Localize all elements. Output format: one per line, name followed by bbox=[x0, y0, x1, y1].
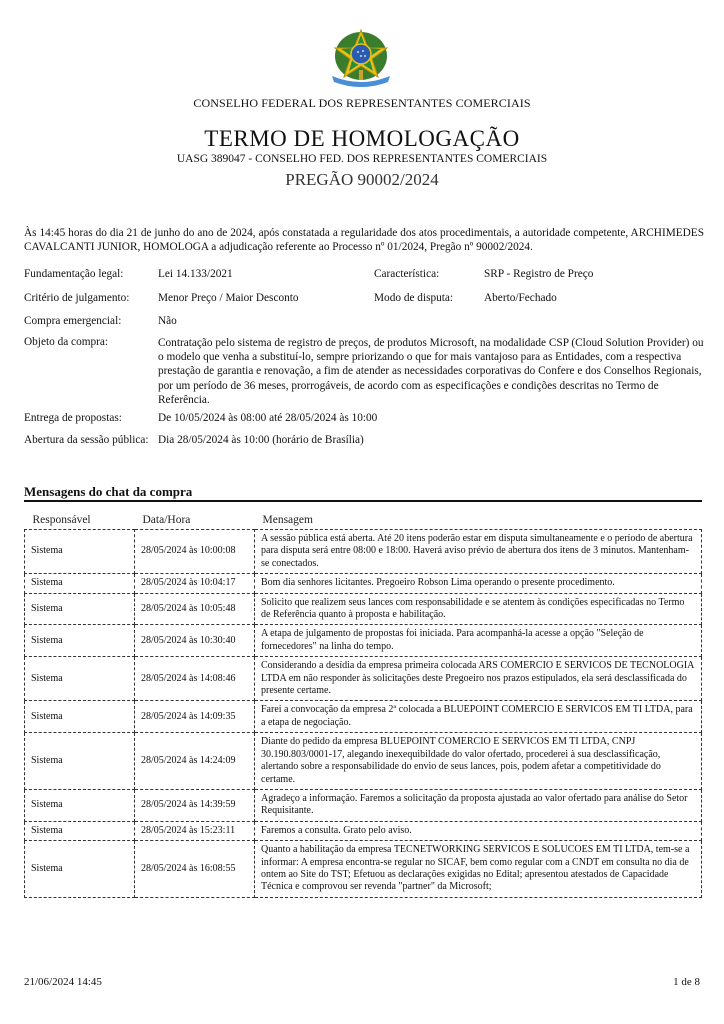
criterio-label: Critério de julgamento: bbox=[24, 292, 129, 304]
cell-mensagem: Faremos a consulta. Grato pelo aviso. bbox=[255, 821, 702, 840]
cell-responsavel: Sistema bbox=[25, 530, 135, 574]
chat-messages-table: Responsável Data/Hora Mensagem Sistema28… bbox=[24, 514, 702, 898]
cell-data-hora: 28/05/2024 às 14:24:09 bbox=[135, 733, 255, 790]
cell-responsavel: Sistema bbox=[25, 574, 135, 593]
criterio-value: Menor Preço / Maior Desconto bbox=[158, 292, 299, 304]
cell-responsavel: Sistema bbox=[25, 657, 135, 701]
cell-data-hora: 28/05/2024 às 10:05:48 bbox=[135, 593, 255, 625]
cell-data-hora: 28/05/2024 às 10:04:17 bbox=[135, 574, 255, 593]
column-header-data-hora: Data/Hora bbox=[135, 514, 255, 530]
cell-mensagem: A etapa de julgamento de propostas foi i… bbox=[255, 625, 702, 657]
cell-responsavel: Sistema bbox=[25, 821, 135, 840]
cell-data-hora: 28/05/2024 às 15:23:11 bbox=[135, 821, 255, 840]
cell-mensagem: Quanto a habilitação da empresa TECNETWO… bbox=[255, 841, 702, 898]
objeto-label: Objeto da compra: bbox=[24, 336, 108, 348]
table-header-row: Responsável Data/Hora Mensagem bbox=[25, 514, 702, 530]
column-header-responsavel: Responsável bbox=[25, 514, 135, 530]
chat-section-title: Mensagens do chat da compra bbox=[24, 484, 192, 500]
caracteristica-value: SRP - Registro de Preço bbox=[484, 268, 593, 280]
cell-mensagem: A sessão pública está aberta. Até 20 ite… bbox=[255, 530, 702, 574]
cell-responsavel: Sistema bbox=[25, 701, 135, 733]
footer-timestamp: 21/06/2024 14:45 bbox=[24, 976, 102, 988]
table-row: Sistema28/05/2024 às 14:39:59Agradeço a … bbox=[25, 789, 702, 821]
cell-mensagem: Solicito que realizem seus lances com re… bbox=[255, 593, 702, 625]
table-row: Sistema28/05/2024 às 10:04:17Bom dia sen… bbox=[25, 574, 702, 593]
cell-mensagem: Diante do pedido da empresa BLUEPOINT CO… bbox=[255, 733, 702, 790]
uasg-line: UASG 389047 - CONSELHO FED. DOS REPRESEN… bbox=[0, 153, 724, 165]
table-row: Sistema28/05/2024 às 14:08:46Considerand… bbox=[25, 657, 702, 701]
abertura-value: Dia 28/05/2024 às 10:00 (horário de Bras… bbox=[158, 434, 364, 446]
modo-disputa-value: Aberto/Fechado bbox=[484, 292, 557, 304]
cell-data-hora: 28/05/2024 às 16:08:55 bbox=[135, 841, 255, 898]
cell-responsavel: Sistema bbox=[25, 789, 135, 821]
cell-responsavel: Sistema bbox=[25, 841, 135, 898]
brazil-coat-of-arms-icon bbox=[318, 26, 404, 88]
emergencial-value: Não bbox=[158, 315, 177, 327]
cell-data-hora: 28/05/2024 às 14:08:46 bbox=[135, 657, 255, 701]
objeto-value: Contratação pelo sistema de registro de … bbox=[158, 336, 704, 407]
cell-data-hora: 28/05/2024 às 14:09:35 bbox=[135, 701, 255, 733]
cell-data-hora: 28/05/2024 às 10:00:08 bbox=[135, 530, 255, 574]
modo-disputa-label: Modo de disputa: bbox=[374, 292, 453, 304]
page-number: 1 de 8 bbox=[673, 976, 700, 988]
table-row: Sistema28/05/2024 às 16:08:55Quanto a ha… bbox=[25, 841, 702, 898]
abertura-label: Abertura da sessão pública: bbox=[24, 434, 149, 446]
document-title: TERMO DE HOMOLOGAÇÃO bbox=[0, 126, 724, 152]
cell-mensagem: Agradeço a informação. Faremos a solicit… bbox=[255, 789, 702, 821]
emergencial-label: Compra emergencial: bbox=[24, 315, 121, 327]
organization-name: CONSELHO FEDERAL DOS REPRESENTANTES COME… bbox=[0, 96, 724, 111]
cell-mensagem: Considerando a desídia da empresa primei… bbox=[255, 657, 702, 701]
table-row: Sistema28/05/2024 às 14:24:09Diante do p… bbox=[25, 733, 702, 790]
caracteristica-label: Característica: bbox=[374, 268, 439, 280]
cell-mensagem: Farei a convocação da empresa 2ª colocad… bbox=[255, 701, 702, 733]
table-row: Sistema28/05/2024 às 15:23:11Faremos a c… bbox=[25, 821, 702, 840]
table-row: Sistema28/05/2024 às 14:09:35Farei a con… bbox=[25, 701, 702, 733]
pregao-number: PREGÃO 90002/2024 bbox=[0, 170, 724, 190]
cell-responsavel: Sistema bbox=[25, 625, 135, 657]
cell-data-hora: 28/05/2024 às 14:39:59 bbox=[135, 789, 255, 821]
intro-paragraph: Às 14:45 horas do dia 21 de junho do ano… bbox=[24, 226, 704, 254]
entrega-value: De 10/05/2024 às 08:00 até 28/05/2024 às… bbox=[158, 412, 377, 424]
fundamentacao-value: Lei 14.133/2021 bbox=[158, 268, 233, 280]
table-row: Sistema28/05/2024 às 10:05:48Solicito qu… bbox=[25, 593, 702, 625]
fundamentacao-label: Fundamentação legal: bbox=[24, 268, 123, 280]
table-row: Sistema28/05/2024 às 10:30:40A etapa de … bbox=[25, 625, 702, 657]
column-header-mensagem: Mensagem bbox=[255, 514, 702, 530]
cell-responsavel: Sistema bbox=[25, 733, 135, 790]
entrega-label: Entrega de propostas: bbox=[24, 412, 122, 424]
cell-data-hora: 28/05/2024 às 10:30:40 bbox=[135, 625, 255, 657]
cell-mensagem: Bom dia senhores licitantes. Pregoeiro R… bbox=[255, 574, 702, 593]
section-divider bbox=[24, 500, 702, 502]
cell-responsavel: Sistema bbox=[25, 593, 135, 625]
table-row: Sistema28/05/2024 às 10:00:08A sessão pú… bbox=[25, 530, 702, 574]
